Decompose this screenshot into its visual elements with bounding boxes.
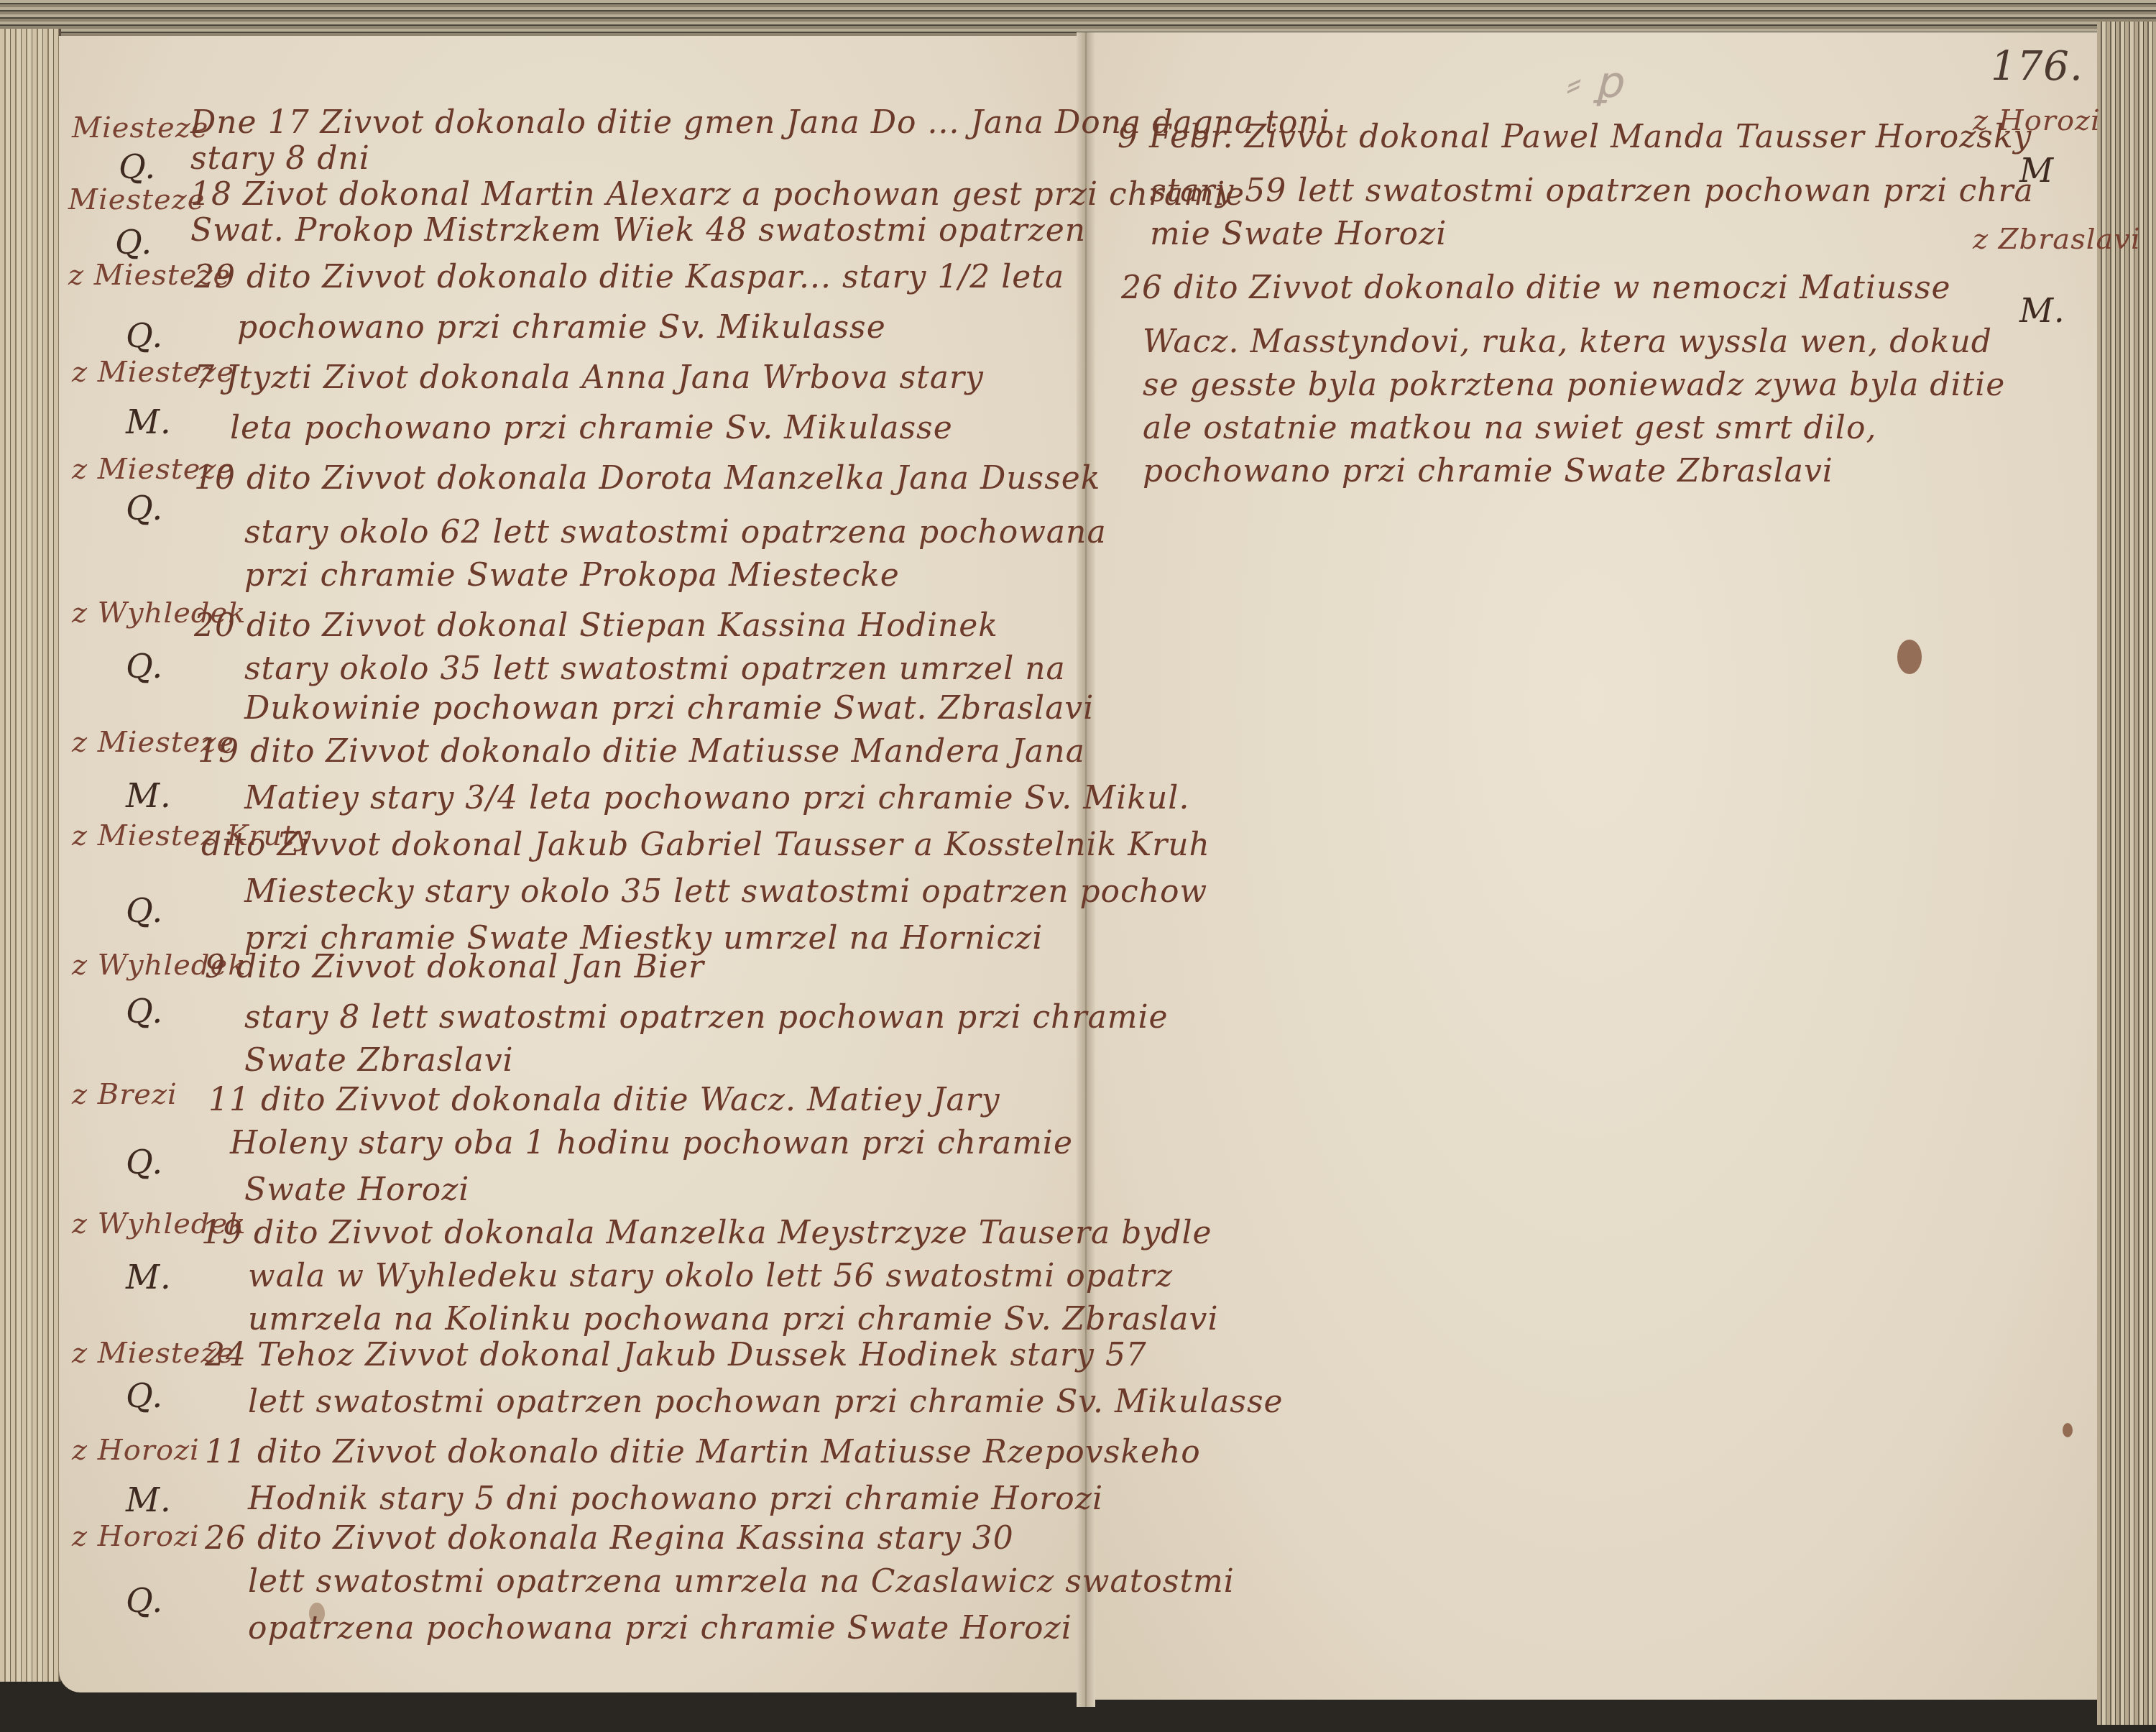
margin-letter: Q. (126, 316, 163, 355)
entry-line: 26 dito Zivvot dokonalo ditie w nemoczi … (1121, 270, 1951, 306)
entry-line: 10 dito Zivvot dokonala Dorota Manzelka … (194, 460, 1100, 497)
entry-line: stary 8 dni (190, 140, 370, 177)
entry-line: Dukowinie pochowan przi chramie Swat. Zb… (244, 690, 1094, 727)
entry-line: dito Zivvot dokonal Jakub Gabriel Tausse… (201, 826, 1210, 863)
entry-line: lett swatostmi opatrzena umrzela na Czas… (248, 1563, 1235, 1600)
margin-letter: M. (126, 776, 172, 815)
margin-letter: Q. (126, 1376, 163, 1415)
entry-line: stary 8 lett swatostmi opatrzen pochowan… (244, 999, 1169, 1036)
left-page-edges (0, 29, 61, 1682)
margin-letter: Q. (126, 891, 163, 930)
entry-line: leta pochowano przi chramie Sv. Mikulass… (230, 410, 953, 446)
entry-line: 11 dito Zivvot dokonalo ditie Martin Mat… (205, 1434, 1201, 1470)
entry-line: 20 dito Zivvot dokonal Stiepan Kassina H… (194, 607, 998, 644)
margin-letter: M. (126, 402, 172, 441)
entry-line: Holeny stary oba 1 hodinu pochowan przi … (230, 1125, 1073, 1161)
entry-line: opatrzena pochowana przi chramie Swate H… (248, 1610, 1072, 1646)
entry-line: pochowano przi chramie Sv. Mikulasse (237, 309, 886, 346)
ink-stain (2063, 1423, 2073, 1437)
margin-place: z Horozi (72, 1434, 200, 1467)
margin-letter: Q. (126, 992, 163, 1031)
entry-line: Dne 17 Zivvot dokonalo ditie gmen Jana D… (190, 104, 1330, 141)
page-number: 176. (1991, 43, 2083, 90)
entry-line: 24 Tehoz Zivvot dokonal Jakub Dussek Hod… (205, 1337, 1147, 1373)
margin-letter: Q. (126, 1581, 163, 1620)
margin-letter: M. (126, 1258, 172, 1296)
entry-line: 11 dito Zivvot dokonala ditie Wacz. Mati… (208, 1082, 1000, 1118)
margin-letter: Q. (126, 489, 163, 528)
entry-line: pochowano przi chramie Swate Zbraslavi (1143, 453, 1833, 489)
entry-line: mie Swate Horozi (1150, 216, 1447, 252)
entry-line: stary 59 lett swatostmi opatrzen pochowa… (1150, 172, 2034, 209)
entry-line: stary okolo 62 lett swatostmi opatrzena … (244, 514, 1107, 551)
faint-offset-mark: ⸗ ꝑ (1567, 57, 1622, 108)
entry-line: 18 Zivot dokonal Martin Alexarz a pochow… (190, 176, 1245, 213)
margin-place: Miesteze (72, 111, 208, 144)
margin-place: Miesteze (68, 183, 205, 216)
entry-line: Swat. Prokop Mistrzkem Wiek 48 swatostmi… (190, 212, 1086, 249)
entry-line: Wacz. Masstyndovi, ruka, ktera wyssla we… (1143, 323, 1992, 360)
entry-line: 19 dito Zivvot dokonalo ditie Matiusse M… (198, 733, 1085, 770)
ink-stain (1897, 640, 1922, 674)
margin-letter: Q. (119, 147, 156, 186)
entry-line: Swate Zbraslavi (244, 1042, 514, 1079)
entry-line: stary okolo 35 lett swatostmi opatrzen u… (244, 650, 1066, 687)
margin-place: z Horozi (72, 1520, 200, 1553)
entry-line: 19 dito Zivvot dokonala Manzelka Meystrz… (201, 1215, 1212, 1251)
entry-line: ale ostatnie matkou na swiet gest smrt d… (1143, 410, 1876, 446)
margin-letter: Q. (115, 223, 152, 262)
entry-line: 29 dito Zivvot dokonalo ditie Kaspar... … (194, 259, 1064, 295)
margin-letter: Q. (126, 1143, 163, 1181)
margin-place: z Zbraslavi (1973, 223, 2141, 256)
entry-line: umrzela na Kolinku pochowana przi chrami… (248, 1301, 1218, 1337)
margin-letter: M. (2019, 291, 2065, 330)
entry-line: Matiey stary 3/4 leta pochowano przi chr… (244, 780, 1189, 816)
book-scan: ⸗ ꝑ 176. z Horozi M 9 Febr. Zivvot dokon… (0, 0, 2156, 1732)
entry-line: se gesste byla pokrztena poniewadz zywa … (1143, 367, 2005, 403)
entry-line: Swate Horozi (244, 1171, 469, 1208)
entry-line: Miestecky stary okolo 35 lett swatostmi … (244, 873, 1207, 910)
entry-line: Hodnik stary 5 dni pochowano przi chrami… (248, 1480, 1103, 1517)
top-page-edges (0, 0, 2156, 36)
margin-place: z Brezi (72, 1078, 178, 1111)
entry-line: 7 Jtyzti Zivot dokonala Anna Jana Wrbova… (194, 359, 984, 396)
margin-letter: Q. (126, 647, 163, 686)
margin-letter: M. (126, 1480, 172, 1519)
entry-line: wala w Wyhledeku stary okolo lett 56 swa… (248, 1258, 1173, 1294)
entry-line: przi chramie Swate Prokopa Miestecke (244, 557, 900, 594)
entry-line: 26 dito Zivvot dokonala Regina Kassina s… (205, 1520, 1014, 1557)
right-page-edges (2097, 22, 2156, 1725)
entry-line: lett swatostmi opatrzen pochowan przi ch… (248, 1383, 1284, 1420)
entry-line: 9 dito Zivvot dokonal Jan Bier (205, 949, 704, 985)
